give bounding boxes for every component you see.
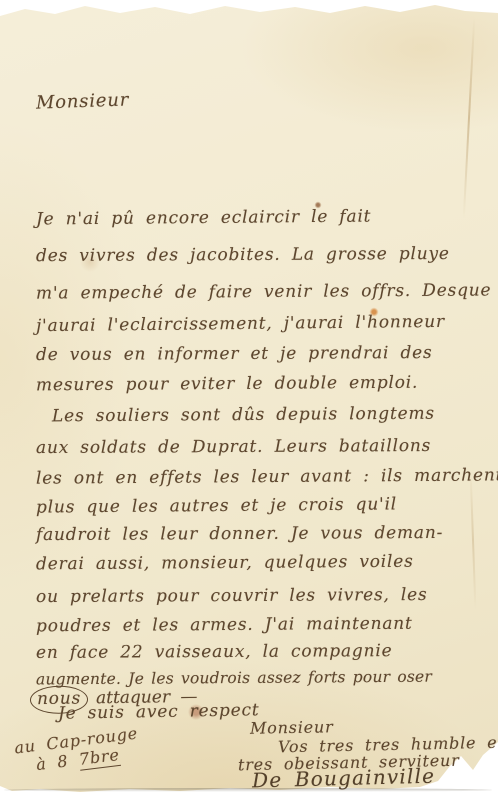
letter-line: aux soldats de Duprat. Leurs bataillons bbox=[36, 434, 431, 460]
letter-line: de vous en informer et je prendrai des bbox=[36, 341, 433, 367]
letter-line: ou prelarts pour couvrir les vivres, les bbox=[36, 583, 428, 609]
letter-scan: Monsieur Je n'ai pû encore eclaircir le … bbox=[0, 0, 498, 800]
letter-line: poudres et les armes. J'ai maintenant bbox=[36, 612, 413, 639]
letter-line: derai aussi, monsieur, quelques voiles bbox=[36, 550, 414, 577]
letter-line: des vivres des jacobites. La grosse pluy… bbox=[36, 242, 450, 268]
paper-bottom-shadow bbox=[4, 788, 492, 792]
letter-line: Les souliers sont dûs depuis longtems bbox=[52, 402, 435, 429]
letter-line: j'aurai l'eclaircissement, j'aurai l'hon… bbox=[36, 310, 445, 338]
signature: De Bougainville bbox=[252, 764, 436, 793]
letter-line: mesures pour eviter le double emploi. bbox=[36, 371, 418, 398]
respect-line: Je suis avec respect bbox=[58, 698, 260, 726]
letter-line: en face 22 vaisseaux, la compagnie bbox=[36, 639, 393, 665]
dateline-date-month: 7bre bbox=[78, 745, 121, 771]
letter-line: plus que les autres et je crois qu'il bbox=[36, 492, 397, 519]
dateline-date-prefix: à 8 bbox=[35, 750, 80, 774]
letter-line: faudroit les leur donner. Je vous deman- bbox=[36, 521, 443, 547]
letter-line: m'a empeché de faire venir les offrs. De… bbox=[36, 278, 492, 305]
letter-line: Je n'ai pû encore eclaircir le fait bbox=[36, 205, 371, 232]
letter-line: les ont en effets les leur avant : ils m… bbox=[36, 463, 498, 490]
salutation: Monsieur bbox=[36, 88, 130, 115]
